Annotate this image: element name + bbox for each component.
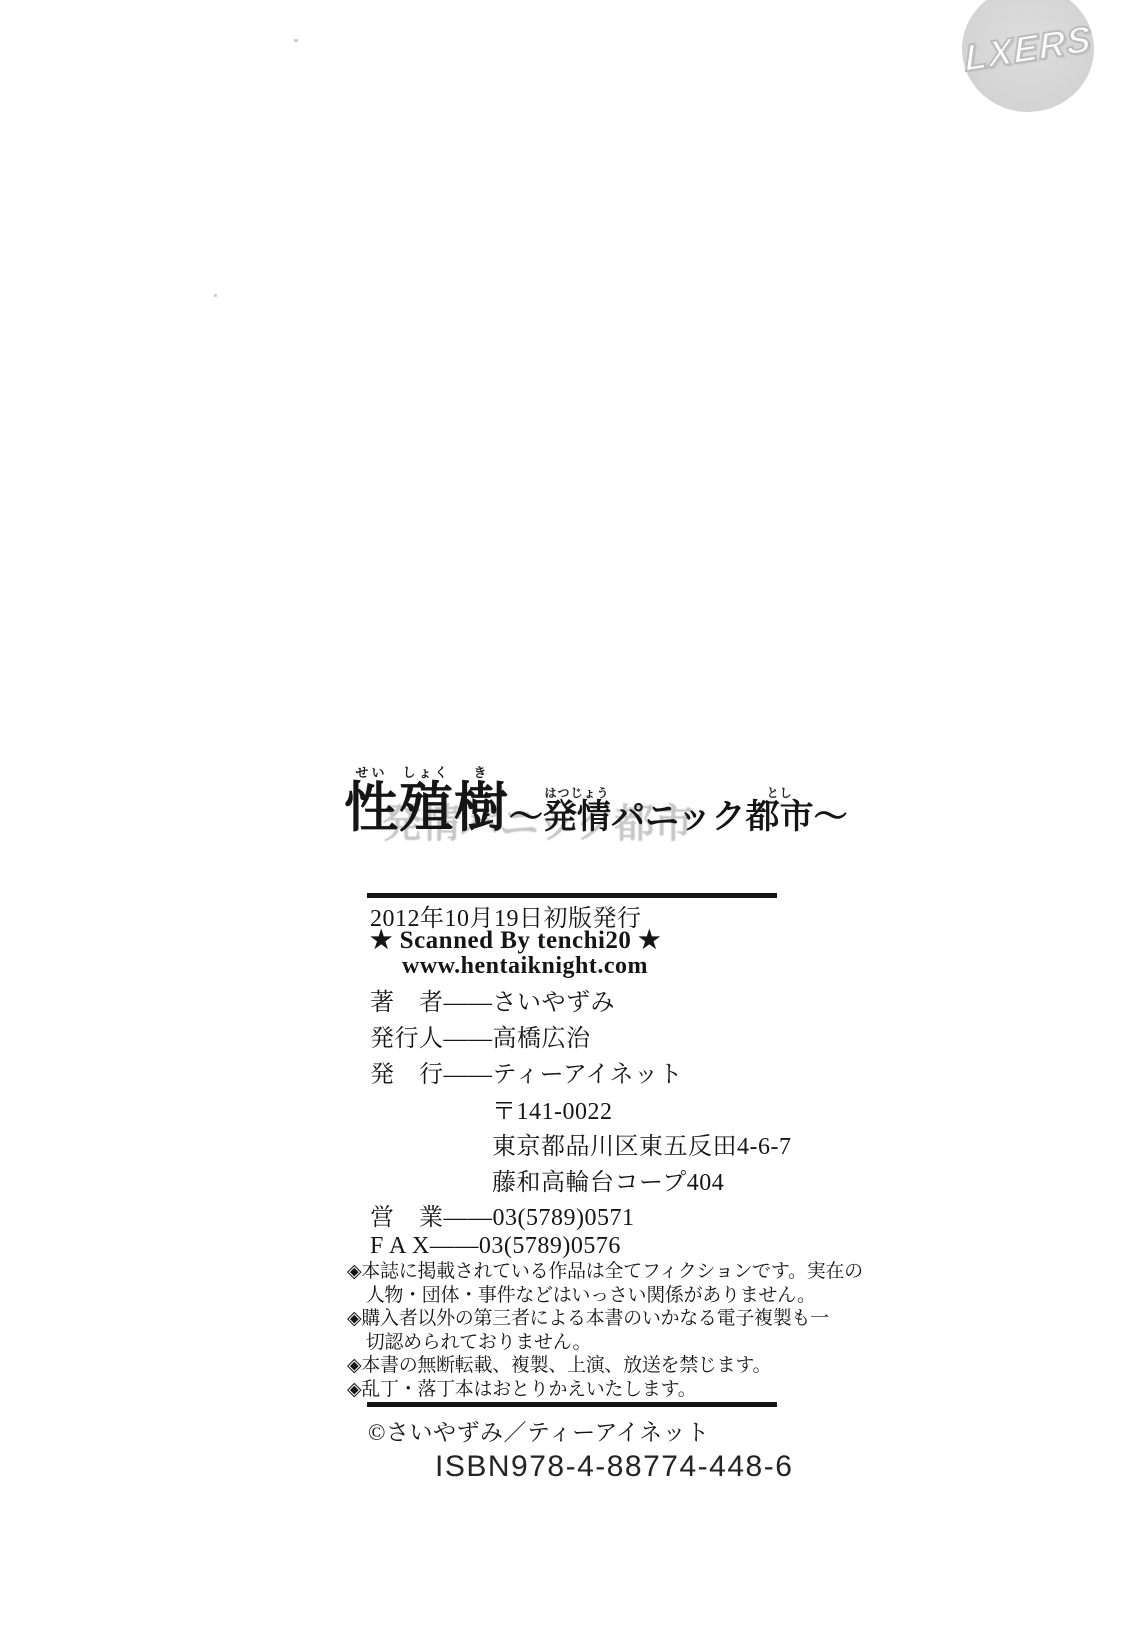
title-char: せい 性: [344, 766, 399, 835]
fax-phone-row: F A X――03(5789)0576: [370, 1233, 621, 1260]
notice-line: ◈本誌に掲載されている作品は全てフィクションです。実在の: [347, 1260, 787, 1284]
postal-code: 〒141-0022: [492, 1091, 613, 1126]
title-char: しょく 殖: [399, 766, 454, 835]
scanner-watermark-label: LXERS: [963, 18, 1092, 80]
legal-notices: ◈本誌に掲載されている作品は全てフィクションです。実在の 人物・団体・事件などは…: [347, 1260, 787, 1401]
isbn-number: ISBN978-4-88774-448-6: [435, 1450, 793, 1484]
subtitle-segment: とし 都市: [746, 787, 814, 835]
notice-line: ◈購入者以外の第三者による本書のいかなる電子複製も一: [347, 1307, 787, 1331]
scan-dust-speck: [214, 294, 217, 297]
scanner-watermark-badge: LXERS: [962, 0, 1094, 112]
notice-line: ◈乱丁・落丁本はおとりかえいたします。: [347, 1378, 787, 1402]
publisher-row: 発 行――ティーアイネット: [370, 1054, 683, 1089]
subtitle-segment: はつじょう 発情: [543, 787, 611, 835]
scanned-colophon-page: LXERS 発情パニック都市 せい 性 しょく 殖 き 樹 ～ はつじ: [0, 0, 1140, 1646]
title-char: き 樹: [454, 766, 509, 835]
sales-phone-row: 営 業――03(5789)0571: [370, 1197, 634, 1232]
address-line-2: 藤和高輪台コープ404: [492, 1162, 724, 1197]
notice-line: ◈本書の無断転載、複製、上演、放送を禁じます。: [347, 1354, 787, 1378]
subtitle-segment: パニック: [611, 801, 746, 835]
subtitle-segment: ～: [814, 801, 848, 835]
address-line-1: 東京都品川区東五反田4-6-7: [492, 1126, 791, 1161]
notice-line: 切認められておりません。: [347, 1331, 787, 1355]
publisher-person-row: 発行人――高橋広治: [370, 1018, 591, 1053]
book-title: せい 性 しょく 殖 き 樹 ～ はつじょう 発情 パニック: [344, 766, 848, 835]
scanned-by-credit: ★ Scanned By tenchi20 ★: [370, 925, 661, 955]
book-title-block: 発情パニック都市 せい 性 しょく 殖 き 樹 ～ はつじょう 発情: [344, 766, 848, 862]
scan-site-url: www.hentaiknight.com: [402, 953, 648, 980]
subtitle-segment: ～: [509, 801, 543, 835]
copyright-line: ©さいやずみ／ティーアイネット: [368, 1414, 710, 1447]
scan-dust-speck: [294, 39, 298, 42]
divider-rule-bottom: [367, 1402, 777, 1407]
notice-line: 人物・団体・事件などはいっさい関係がありません。: [347, 1284, 787, 1308]
author-row: 著 者――さいやずみ: [370, 982, 615, 1017]
